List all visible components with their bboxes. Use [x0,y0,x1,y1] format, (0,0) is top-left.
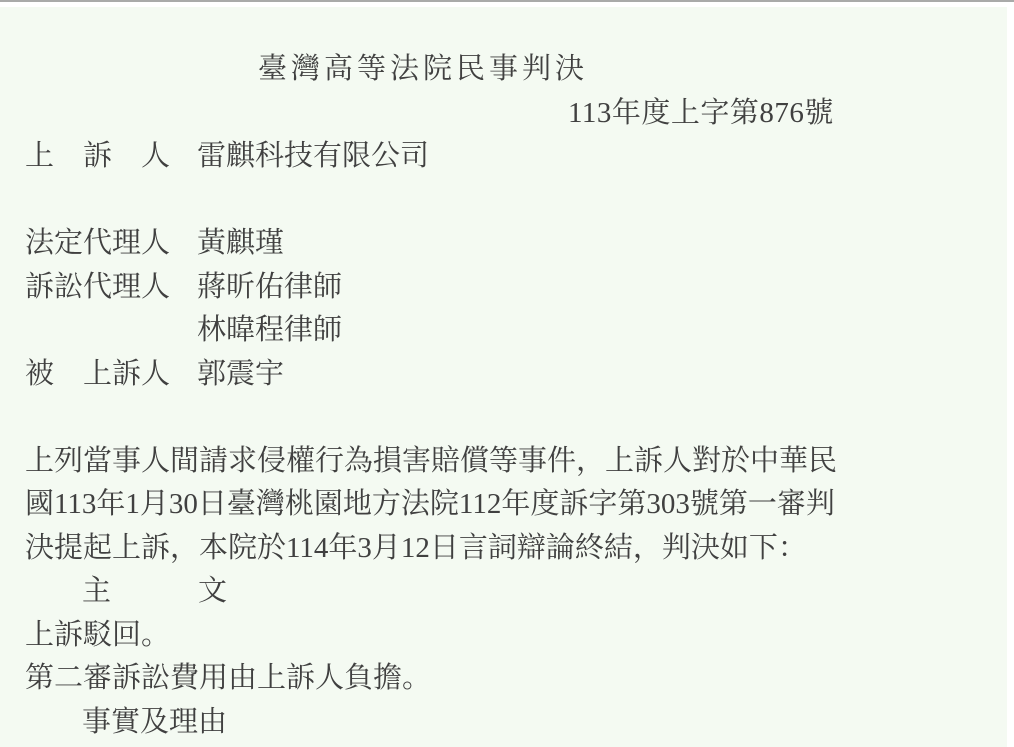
party-name: 蔣昕佑律師 [197,271,342,303]
facts-reasons-heading: 事實及理由 [82,701,1007,745]
party-role: 法定代理人 [25,222,197,266]
main-text-heading: 主 文 [82,570,1007,614]
party-line-appellee: 被 上訴人郭震宇 [25,353,1007,397]
party-line-appellant: 上 訴 人雷麒科技有限公司 [25,135,1007,179]
party-line-legal-representative: 法定代理人黃麒瑾 [25,222,1007,266]
judgment-document: 臺灣高等法院民事判決 113年度上字第876號 上 訴 人雷麒科技有限公司 法定… [0,7,1007,747]
main-text-line-2: 第二審訴訟費用由上訴人負擔。 [25,657,1007,701]
party-name: 林暐程律師 [197,314,342,346]
party-role: 上 訴 人 [25,135,197,179]
party-role: 訴訟代理人 [25,266,197,310]
party-line-litigation-attorney-2: 林暐程律師 [25,309,1007,353]
main-text-line-1: 上訴駁回。 [25,614,1007,658]
party-name: 雷麒科技有限公司 [197,140,429,172]
party-line-litigation-attorney: 訴訟代理人蔣昕佑律師 [25,266,1007,310]
top-border-line [0,0,1014,2]
preamble-line-2: 國113年1月30日臺灣桃園地方法院112年度訴字第303號第一審判 [25,483,1007,527]
case-number: 113年度上字第876號 [568,92,1007,136]
party-role: 被 上訴人 [25,353,197,397]
preamble-line-3: 決提起上訴，本院於114年3月12日言詞辯論終結，判決如下： [25,527,1007,571]
party-name: 黃麒瑾 [197,227,284,259]
party-name: 郭震宇 [197,358,284,390]
preamble-line-1: 上列當事人間請求侵權行為損害賠償等事件，上訴人對於中華民 [25,440,1007,484]
document-title: 臺灣高等法院民事判決 [258,48,1007,92]
